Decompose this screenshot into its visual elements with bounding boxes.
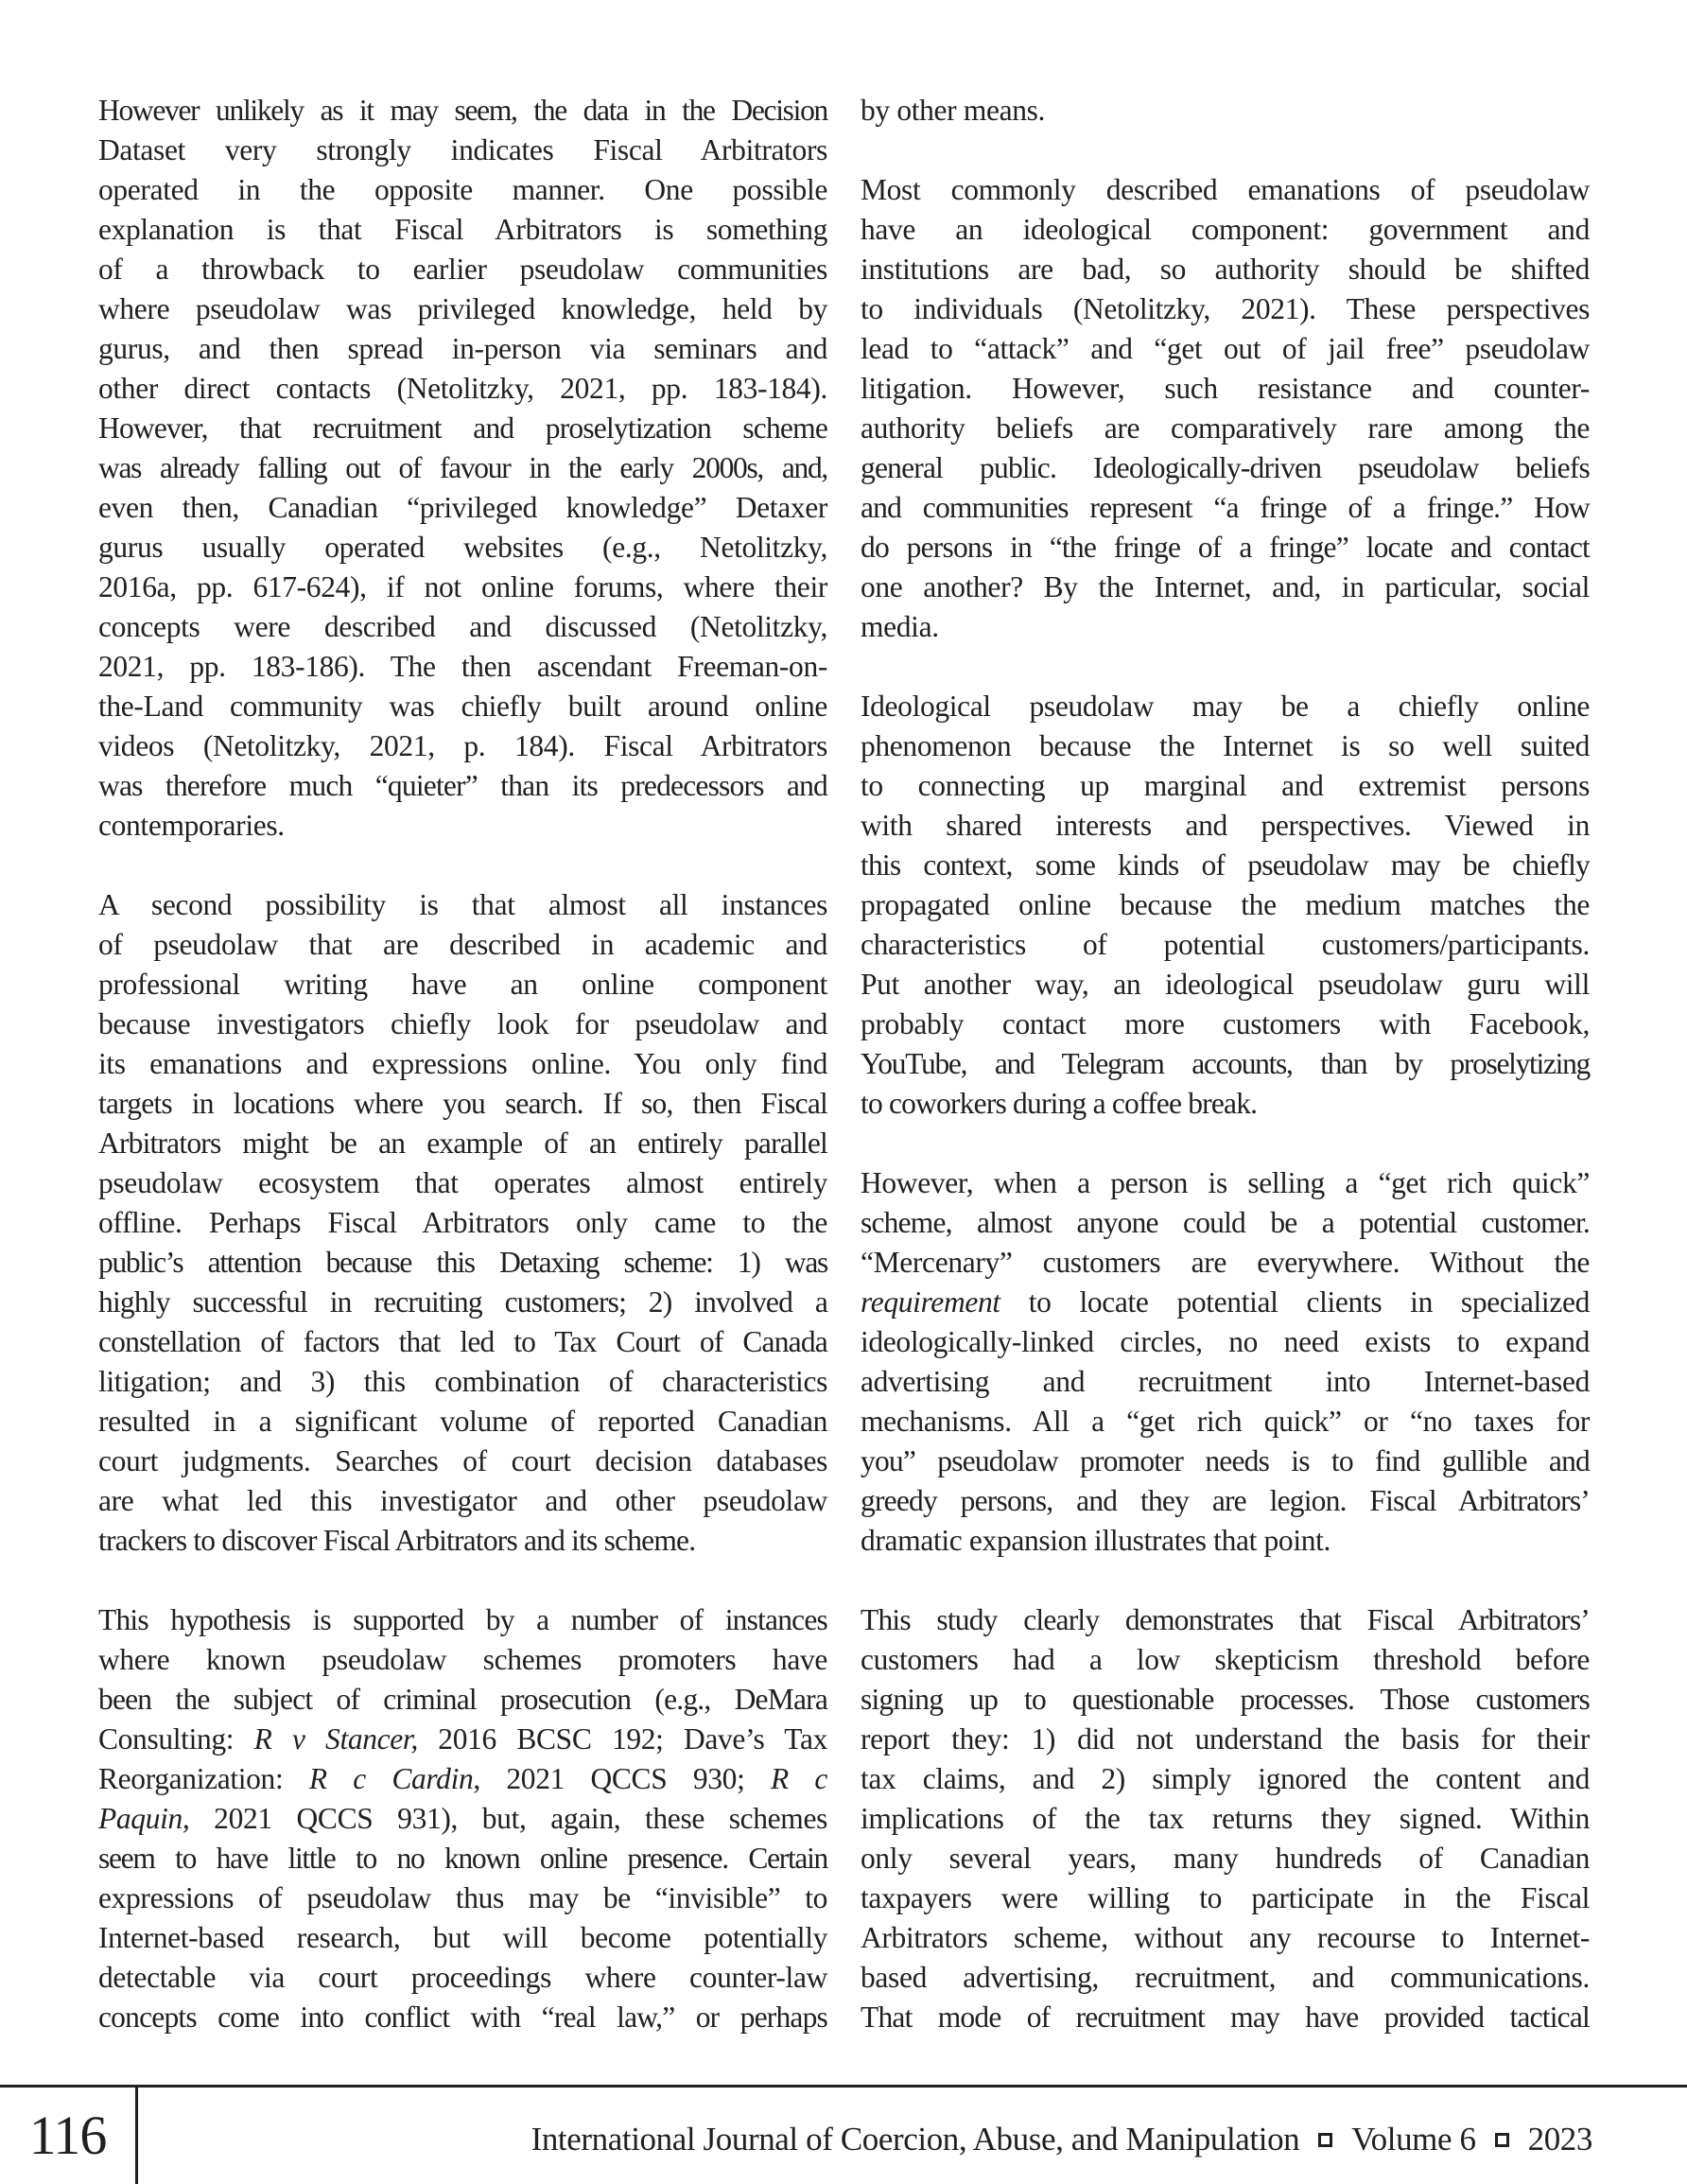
text-line: concepts come into conflict with “real l… — [98, 1998, 827, 2037]
text-line: to connecting up marginal and extremist … — [861, 766, 1590, 806]
text-line: was therefore much “quieter” than its pr… — [98, 766, 827, 806]
text-line: seem to have little to no known online p… — [98, 1839, 827, 1878]
text-line: advertising and recruitment into Interne… — [861, 1362, 1590, 1402]
text-line: constellation of factors that led to Tax… — [98, 1322, 827, 1362]
left-column: However unlikely as it may seem, the dat… — [98, 91, 827, 2077]
text-line: mechanisms. All a “get rich quick” or “n… — [861, 1402, 1590, 1441]
text-line: However, that recruitment and proselytiz… — [98, 409, 827, 448]
emphasis-requirement: requirement — [861, 1285, 1000, 1319]
running-footer: International Journal of Coercion, Abuse… — [138, 2119, 1592, 2160]
text-line: taxpayers were willing to participate in… — [861, 1878, 1590, 1918]
text-line: Most commonly described emanations of ps… — [861, 170, 1590, 210]
text-line: ideologically-linked circles, no need ex… — [861, 1322, 1590, 1362]
text-line: dramatic expansion illustrates that poin… — [861, 1521, 1590, 1561]
text-line: to coworkers during a coffee break. — [861, 1084, 1590, 1124]
text-line: court judgments. Searches of court decis… — [98, 1441, 827, 1481]
publication-year: 2023 — [1528, 2121, 1592, 2158]
text-run: Consulting: — [98, 1722, 254, 1756]
text-line: “Mercenary” customers are everywhere. Wi… — [861, 1243, 1590, 1283]
text-line: This hypothesis is supported by a number… — [98, 1600, 827, 1640]
paragraph-online-phenomenon: Ideological pseudolaw may be a chiefly o… — [861, 687, 1590, 1124]
text-line: Put another way, an ideological pseudola… — [861, 965, 1590, 1005]
text-line: resulted in a significant volume of repo… — [98, 1402, 827, 1441]
text-line: requirement to locate potential clients … — [861, 1283, 1590, 1322]
text-line: its emanations and expressions online. Y… — [98, 1044, 827, 1084]
text-line: operated in the opposite manner. One pos… — [98, 170, 827, 210]
text-line: litigation; and 3) this combination of c… — [98, 1362, 827, 1402]
text-line: YouTube, and Telegram accounts, than by … — [861, 1044, 1590, 1084]
text-line: gurus, and then spread in-person via sem… — [98, 329, 827, 369]
text-line: media. — [861, 607, 1590, 647]
text-line: you” pseudolaw promoter needs is to find… — [861, 1441, 1590, 1481]
text-line: been the subject of criminal prosecution… — [98, 1680, 827, 1720]
text-line: probably contact more customers with Fac… — [861, 1005, 1590, 1044]
text-line: detectable via court proceedings where c… — [98, 1958, 827, 1998]
footer-rule — [0, 2085, 1687, 2088]
text-line: characteristics of potential customers/p… — [861, 925, 1590, 965]
text-line: offline. Perhaps Fiscal Arbitrators only… — [98, 1203, 827, 1243]
text-line: However, when a person is selling a “get… — [861, 1163, 1590, 1203]
text-line: A second possibility is that almost all … — [98, 885, 827, 925]
text-run: Reorganization: — [98, 1762, 309, 1795]
text-line: report they: 1) did not understand the b… — [861, 1720, 1590, 1759]
text-line: Reorganization: R c Cardin, 2021 QCCS 93… — [98, 1759, 827, 1799]
paragraph-second-possibility: A second possibility is that almost all … — [98, 885, 827, 1561]
text-line: greedy persons, and they are legion. Fis… — [861, 1481, 1590, 1521]
paragraph-fiscal-arbitrators-opposite-manner: However unlikely as it may seem, the dat… — [98, 91, 827, 846]
text-line: lead to “attack” and “get out of jail fr… — [861, 329, 1590, 369]
text-line: contemporaries. — [98, 806, 827, 846]
text-line: 2016a, pp. 617-624), if not online forum… — [98, 568, 827, 607]
text-run: 2016 BCSC 192; Dave’s Tax — [418, 1722, 827, 1756]
text-line: general public. Ideologically-driven pse… — [861, 448, 1590, 488]
text-line: with shared interests and perspectives. … — [861, 806, 1590, 846]
text-line: Ideological pseudolaw may be a chiefly o… — [861, 687, 1590, 726]
text-line: institutions are bad, so authority shoul… — [861, 250, 1590, 289]
text-line: targets in locations where you search. I… — [98, 1084, 827, 1124]
text-line: are what led this investigator and other… — [98, 1481, 827, 1521]
text-line: public’s attention because this Detaxing… — [98, 1243, 827, 1283]
text-line: signing up to questionable processes. Th… — [861, 1680, 1590, 1720]
case-name-paquin: Paquin, — [98, 1802, 189, 1835]
text-line: videos (Netolitzky, 2021, p. 184). Fisca… — [98, 726, 827, 766]
text-line: However unlikely as it may seem, the dat… — [98, 91, 827, 131]
text-line: implications of the tax returns they sig… — [861, 1799, 1590, 1839]
text-line: Arbitrators scheme, without any recourse… — [861, 1918, 1590, 1958]
text-line: Paquin, 2021 QCCS 931), but, again, thes… — [98, 1799, 827, 1839]
case-name-r-v-stancer: R v Stancer, — [254, 1722, 418, 1756]
text-line: only several years, many hundreds of Can… — [861, 1839, 1590, 1878]
text-line: Arbitrators might be an example of an en… — [98, 1124, 827, 1163]
text-run: to locate potential clients in specializ… — [1000, 1285, 1590, 1319]
paragraph-get-rich-quick: However, when a person is selling a “get… — [861, 1163, 1590, 1561]
text-line: the-Land community was chiefly built aro… — [98, 687, 827, 726]
text-line: of pseudolaw that are described in acade… — [98, 925, 827, 965]
text-line: by other means. — [861, 91, 1590, 131]
paragraph-hypothesis-supported: This hypothesis is supported by a number… — [98, 1600, 827, 2037]
text-run: 2021 QCCS 931), but, again, these scheme… — [189, 1802, 827, 1835]
paragraph-continuation: by other means. — [861, 91, 1590, 131]
text-line: highly successful in recruiting customer… — [98, 1283, 827, 1322]
paragraph-ideological-component: Most commonly described emanations of ps… — [861, 170, 1590, 647]
text-run: , 2021 QCCS 930; — [473, 1762, 771, 1795]
text-line: and communities represent “a fringe of a… — [861, 488, 1590, 528]
text-line: litigation. However, such resistance and… — [861, 369, 1590, 409]
text-line: where pseudolaw was privileged knowledge… — [98, 289, 827, 329]
text-line: That mode of recruitment may have provid… — [861, 1998, 1590, 2037]
text-line: other direct contacts (Netolitzky, 2021,… — [98, 369, 827, 409]
text-line: trackers to discover Fiscal Arbitrators … — [98, 1521, 827, 1561]
text-line: this context, some kinds of pseudolaw ma… — [861, 846, 1590, 885]
right-column: by other means. Most commonly described … — [861, 91, 1590, 2077]
text-line: scheme, almost anyone could be a potenti… — [861, 1203, 1590, 1243]
text-line: of a throwback to earlier pseudolaw comm… — [98, 250, 827, 289]
text-line: have an ideological component: governmen… — [861, 210, 1590, 250]
text-line: This study clearly demonstrates that Fis… — [861, 1600, 1590, 1640]
hollow-square-separator-icon — [1318, 2133, 1332, 2147]
text-line: concepts were described and discussed (N… — [98, 607, 827, 647]
text-line: gurus usually operated websites (e.g., N… — [98, 528, 827, 568]
text-line: phenomenon because the Internet is so we… — [861, 726, 1590, 766]
paragraph-study-demonstrates: This study clearly demonstrates that Fis… — [861, 1600, 1590, 2037]
text-line: one another? By the Internet, and, in pa… — [861, 568, 1590, 607]
hollow-square-separator-icon — [1495, 2133, 1509, 2147]
text-line: because investigators chiefly look for p… — [98, 1005, 827, 1044]
text-line: even then, Canadian “privileged knowledg… — [98, 488, 827, 528]
text-line: was already falling out of favour in the… — [98, 448, 827, 488]
text-line: Dataset very strongly indicates Fiscal A… — [98, 131, 827, 170]
text-line: Internet-based research, but will become… — [98, 1918, 827, 1958]
text-line: where known pseudolaw schemes promoters … — [98, 1640, 827, 1680]
text-line: professional writing have an online comp… — [98, 965, 827, 1005]
case-name-r-c-paquin-start: R c — [771, 1762, 827, 1795]
text-line: pseudolaw ecosystem that operates almost… — [98, 1163, 827, 1203]
journal-title: International Journal of Coercion, Abuse… — [531, 2121, 1300, 2158]
text-line: explanation is that Fiscal Arbitrators i… — [98, 210, 827, 250]
text-line: propagated online because the medium mat… — [861, 885, 1590, 925]
text-line: based advertising, recruitment, and comm… — [861, 1958, 1590, 1998]
text-line: authority beliefs are comparatively rare… — [861, 409, 1590, 448]
text-line: 2021, pp. 183-186). The then ascendant F… — [98, 647, 827, 687]
case-name-r-c-cardin: R c Cardin — [309, 1762, 474, 1795]
page-number: 116 — [0, 2105, 135, 2166]
text-line: to individuals (Netolitzky, 2021). These… — [861, 289, 1590, 329]
text-line: do persons in “the fringe of a fringe” l… — [861, 528, 1590, 568]
text-line: Consulting: R v Stancer, 2016 BCSC 192; … — [98, 1720, 827, 1759]
text-line: customers had a low skepticism threshold… — [861, 1640, 1590, 1680]
text-line: tax claims, and 2) simply ignored the co… — [861, 1759, 1590, 1799]
text-line: expressions of pseudolaw thus may be “in… — [98, 1878, 827, 1918]
volume-label: Volume 6 — [1351, 2121, 1475, 2158]
